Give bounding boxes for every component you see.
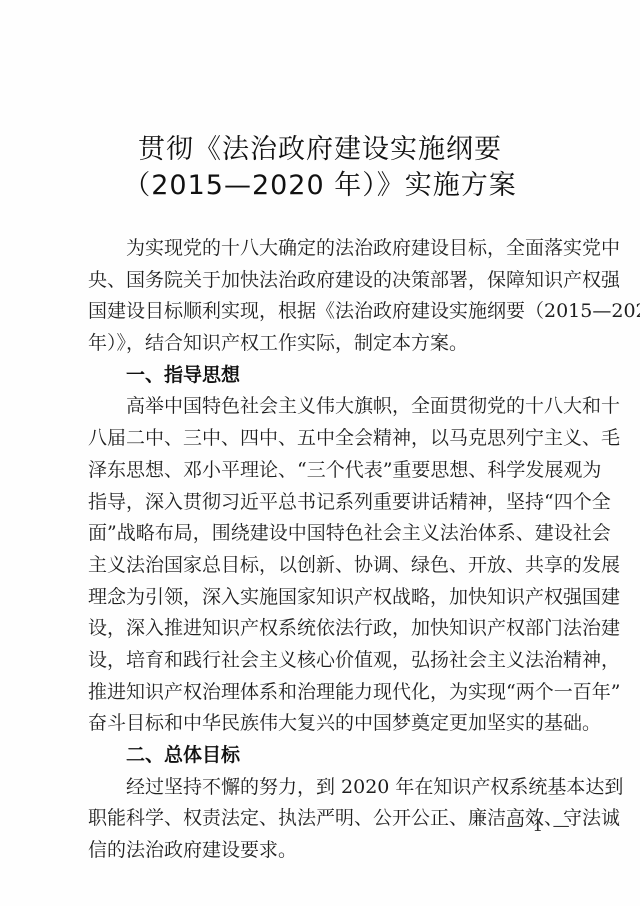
section-line: 职能科学、权责法定、执法严明、公开公正、廉洁高效、守法诚 [88, 803, 562, 835]
section-line: 理念为引领，深入实施国家知识产权战略，加快知识产权强国建 [88, 582, 562, 614]
section-line: 泽东思想、邓小平理论、“三个代表”重要思想、科学发展观为 [88, 455, 562, 487]
document-title-line-2: （2015—2020 年）》实施方案 [0, 168, 640, 204]
section-line: 信的法治政府建设要求。 [88, 835, 562, 867]
document-page: 贯彻《法治政府建设实施纲要 （2015—2020 年）》实施方案 为实现党的十八… [0, 0, 640, 906]
document-body: 为实现党的十八大确定的法治政府建设目标，全面落实党中 央、国务院关于加快法治政府… [88, 233, 562, 867]
section-line: 奋斗目标和中华民族伟大复兴的中国梦奠定更加坚实的基础。 [88, 708, 562, 740]
section-line: 经过坚持不懈的努力，到 2020 年在知识产权系统基本达到 [88, 772, 562, 804]
section-line: 高举中国特色社会主义伟大旗帜，全面贯彻党的十八大和十 [88, 391, 562, 423]
section-line: 推进知识产权治理体系和治理能力现代化，为实现“两个一百年” [88, 677, 562, 709]
intro-line: 年）》，结合知识产权工作实际，制定本方案。 [88, 328, 562, 360]
section-heading-overall-goal: 二、总体目标 [88, 740, 562, 772]
document-title-line-1: 贯彻《法治政府建设实施纲要 [0, 132, 640, 168]
page-number: — 1 — [506, 816, 572, 836]
intro-line: 央、国务院关于加快法治政府建设的决策部署，保障知识产权强 [88, 265, 562, 297]
intro-line: 为实现党的十八大确定的法治政府建设目标，全面落实党中 [88, 233, 562, 265]
section-line: 面”战略布局，围绕建设中国特色社会主义法治体系、建设社会 [88, 518, 562, 550]
section-line: 八届二中、三中、四中、五中全会精神，以马克思列宁主义、毛 [88, 423, 562, 455]
section-line: 主义法治国家总目标，以创新、协调、绿色、开放、共享的发展 [88, 550, 562, 582]
section-line: 指导，深入贯彻习近平总书记系列重要讲话精神，坚持“四个全 [88, 487, 562, 519]
section-line: 设，深入推进知识产权系统依法行政，加快知识产权部门法治建 [88, 613, 562, 645]
section-heading-guiding-ideology: 一、指导思想 [88, 360, 562, 392]
intro-line: 国建设目标顺利实现，根据《法治政府建设实施纲要（2015—2020 [88, 296, 562, 328]
section-line: 设，培育和践行社会主义核心价值观，弘扬社会主义法治精神， [88, 645, 562, 677]
